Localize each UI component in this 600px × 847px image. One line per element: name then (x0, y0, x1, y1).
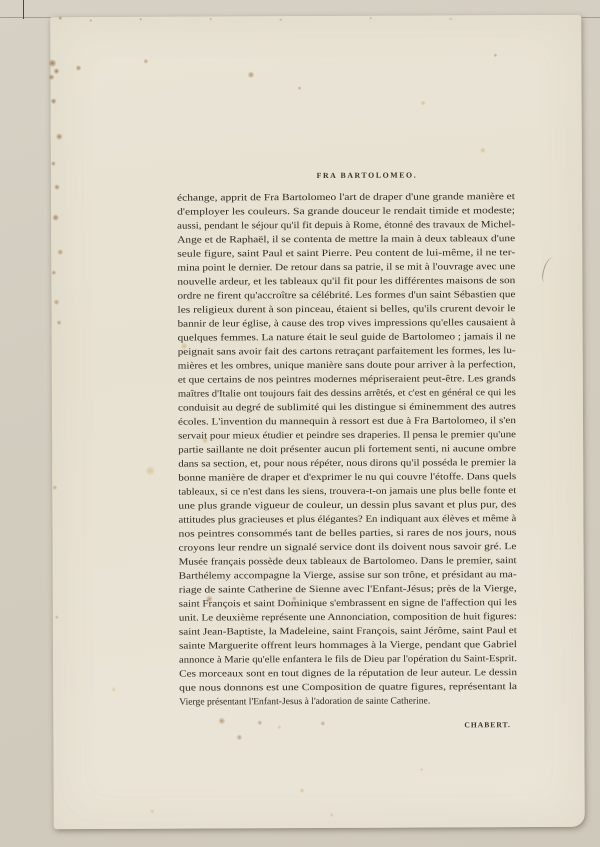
text-line: attitudes plus gracieuses et plus élégan… (178, 513, 516, 528)
foxing-spot (298, 86, 302, 90)
foxing-spot (480, 147, 486, 153)
foxing-spot (56, 320, 61, 325)
foxing-spot (143, 58, 148, 63)
text-line: Ces morceaux sont en tout dignes de la r… (179, 667, 517, 682)
foxing-spot (52, 485, 57, 490)
foxing-spot (139, 17, 142, 20)
text-line: dans sa section, et, pour nous répéter, … (178, 457, 516, 472)
foxing-spot (257, 720, 262, 725)
text-line: maîtres d'Italie ont toujours fait des d… (178, 387, 516, 402)
foxing-spot (48, 74, 54, 80)
foxing-spot (55, 133, 62, 140)
text-line: Musée français possède deux tableaux de … (179, 555, 517, 570)
foxing-spot (369, 16, 372, 19)
text-line: saint François et saint Dominique s'embr… (179, 597, 517, 612)
scanned-page: FRA BARTOLOMEO. échange, apprit de Fra B… (50, 15, 585, 829)
text-line: ordre ne firent qu'accroître sa célébrit… (177, 289, 515, 304)
foxing-spot (53, 68, 59, 74)
text-line: bonne manière de draper et d'exprimer le… (178, 471, 516, 486)
foxing-spot (50, 161, 55, 166)
foxing-spot (247, 71, 254, 78)
text-line: une plus grande vigueur de couleur, un d… (178, 499, 516, 514)
page-header: FRA BARTOLOMEO. (177, 170, 515, 180)
text-line: croyons leur rendre un signalé service d… (179, 541, 517, 556)
text-line: échange, apprit de Fra Bartolomeo l'art … (177, 191, 515, 206)
text-line: nouvelle ardeur, et les tableaux qu'il f… (177, 275, 515, 290)
text-line: unit. Le deuxième représente une Annonci… (179, 611, 517, 626)
scan-background: FRA BARTOLOMEO. échange, apprit de Fra B… (0, 0, 600, 847)
foxing-spot (57, 249, 63, 255)
foxing-spot (493, 53, 497, 57)
signature: CHABERT. (464, 720, 511, 729)
text-line: et que certains de nos peintres modernes… (178, 373, 516, 388)
text-line: annonce à Marie qu'elle enfantera le fil… (179, 653, 517, 668)
text-line: Vierge présentant l'Enfant-Jesus à l'ado… (179, 695, 517, 710)
hair-mark (540, 256, 557, 284)
scan-artifact-line (23, 0, 24, 19)
text-line: aussi, pendant le séjour qu'il fit depui… (177, 219, 515, 234)
text-line: servait pour mieux étudier et peindre se… (178, 429, 516, 444)
text-line: conduisit au degré de sublimité qui les … (178, 401, 516, 416)
text-line: d'employer les couleurs. Sa grande douce… (177, 205, 515, 220)
foxing-spot (236, 734, 242, 740)
text-line: quelques femmes. La nature était le seul… (178, 331, 516, 346)
foxing-spot (209, 17, 212, 20)
foxing-spot (51, 270, 56, 275)
foxing-spot (299, 788, 304, 793)
text-line: sainte Marguerite offrent leurs hommages… (179, 639, 517, 654)
text-line: mières et les ombres, unique manière san… (178, 359, 516, 374)
text-line: les religieux durent à son pinceau, étai… (177, 303, 515, 318)
text-line: écoles. L'invention du mannequin à resso… (178, 415, 516, 430)
text-line: bannir de leur église, à cause des trop … (178, 317, 516, 332)
foxing-spot (279, 18, 282, 21)
text-line: nos peintres consommés tant de belles pa… (178, 527, 516, 542)
foxing-spot (89, 18, 92, 21)
foxing-spot (218, 717, 225, 724)
foxing-spot (54, 184, 60, 190)
foxing-spot (75, 65, 81, 71)
foxing-spot (52, 214, 59, 221)
foxing-spot (145, 466, 155, 476)
foxing-spot (420, 100, 425, 105)
foxing-spot (320, 720, 325, 725)
text-line: seule figure, saint Paul et saint Pierre… (177, 247, 515, 262)
text-line: mina point le dernier. De retour dans sa… (177, 261, 515, 276)
foxing-stains (50, 15, 581, 17)
foxing-spot (55, 615, 59, 619)
text-line: partie saillante ne doit présenter aucun… (178, 443, 516, 458)
foxing-spot (48, 59, 56, 67)
text-line: peignait sans avoir fait des cartons ret… (178, 345, 516, 360)
text-line: Barthélemy accompagne la Vierge, assise … (179, 569, 517, 584)
foxing-spot (149, 808, 154, 813)
foxing-spot (111, 686, 116, 691)
text-line: tableaux, si ce n'est dans les siens, tr… (178, 485, 516, 500)
text-line: que nous donnons est une Composition de … (179, 681, 517, 696)
text-line: saint Jean-Baptiste, la Madeleine, saint… (179, 625, 517, 640)
foxing-spot (53, 299, 59, 305)
foxing-spot (449, 17, 452, 20)
foxing-spot (277, 725, 281, 729)
body-text: échange, apprit de Fra Bartolomeo l'art … (177, 191, 517, 710)
foxing-spot (420, 768, 424, 772)
foxing-spot (330, 813, 334, 817)
text-line: Ange et de Raphaël, il se contenta de me… (177, 233, 515, 248)
foxing-spot (58, 16, 62, 20)
foxing-spot (51, 98, 57, 104)
text-line: riage de sainte Catherine de Sienne avec… (179, 583, 517, 598)
